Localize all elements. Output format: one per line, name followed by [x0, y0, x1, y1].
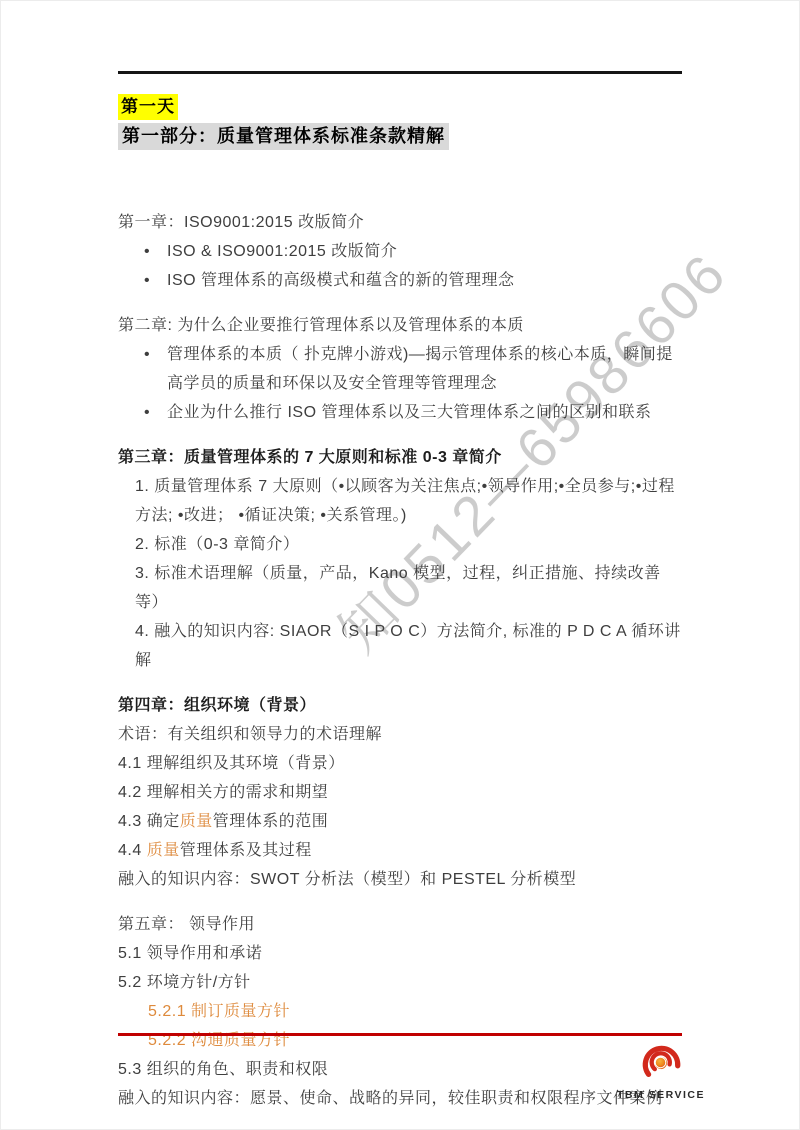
section-gap: [118, 427, 684, 443]
chapter-4-knowledge: 融入的知识内容：SWOT 分析法（模型）和 PESTEL 分析模型: [118, 865, 684, 894]
chapter-4-terms: 术语：有关组织和领导力的术语理解: [118, 720, 684, 749]
bullet-icon: •: [144, 237, 150, 266]
text-segment: 5.2 环境方针/方针: [118, 974, 251, 991]
logo-text: TBM SERVICE: [615, 1089, 707, 1101]
text-segment: 4. 融入的知识内容: SIAOR（S I P O C）方法简介, 标准的 P …: [135, 623, 681, 669]
chapter-3-item-4: 4. 融入的知识内容: SIAOR（S I P O C）方法简介, 标准的 P …: [118, 617, 684, 675]
text-segment: 管理体系及其过程: [180, 842, 312, 859]
bullet-icon: •: [144, 266, 150, 295]
chapter-5-item-5-1: 5.1 领导作用和承诺: [118, 939, 684, 968]
footer-divider-line: [118, 1033, 682, 1036]
document-body: 第一章：ISO9001:2015 改版简介•ISO & ISO9001:2015…: [118, 178, 684, 1113]
chapter-5-item-5-2-2: 5.2.2 沟通质量方针: [118, 1026, 684, 1055]
text-segment: 第一章：ISO9001:2015 改版简介: [118, 214, 364, 231]
day-heading: 第一天: [118, 94, 178, 120]
company-logo: TBM SERVICE: [615, 1041, 707, 1101]
chapter-3-item-1: 1. 质量管理体系 7 大原则（•以顾客为关注焦点;•领导作用;•全员参与;•过…: [118, 472, 684, 530]
bullet-icon: •: [144, 340, 150, 369]
top-divider-line: [118, 71, 682, 74]
chapter-5-item-5-2-1: 5.2.1 制订质量方针: [118, 997, 684, 1026]
text-segment: 4.1 理解组织及其环境（背景）: [118, 755, 345, 772]
highlighted-term: 质量: [147, 842, 180, 859]
highlighted-term: 质量: [180, 813, 213, 830]
section-gap: [118, 894, 684, 910]
text-segment: 2. 标准（0-3 章简介）: [135, 536, 299, 553]
section-gap: [118, 675, 684, 691]
text-segment: 管理体系的范围: [213, 813, 329, 830]
chapter-5-knowledge: 融入的知识内容：愿景、使命、战略的异同，较佳职责和权限程序文件案例: [118, 1084, 684, 1113]
document-page: 知0512—65986606 第一天 第一部分：质量管理体系标准条款精解 第一章…: [0, 0, 800, 1130]
text-segment: 术语：有关组织和领导力的术语理解: [118, 726, 382, 743]
text-segment: 第四章：组织环境（背景）: [118, 697, 316, 714]
chapter-1-bullet-1: •ISO & ISO9001:2015 改版简介: [118, 237, 684, 266]
chapter-4-item-4-2: 4.2 理解相关方的需求和期望: [118, 778, 684, 807]
chapter-2-heading: 第二章: 为什么企业要推行管理体系以及管理体系的本质: [118, 311, 684, 340]
bullet-icon: •: [144, 398, 150, 427]
text-segment: 4.3 确定: [118, 813, 180, 830]
text-segment: 第二章: 为什么企业要推行管理体系以及管理体系的本质: [118, 317, 524, 334]
text-segment: 5.3 组织的角色、职责和权限: [118, 1061, 328, 1078]
chapter-5-item-5-3: 5.3 组织的角色、职责和权限: [118, 1055, 684, 1084]
text-segment: 第三章：质量管理体系的 7 大原则和标准 0-3 章简介: [118, 449, 502, 466]
chapter-4-item-4-3: 4.3 确定质量管理体系的范围: [118, 807, 684, 836]
section-gap: [118, 178, 684, 208]
text-segment: ISO 管理体系的高级模式和蕴含的新的管理理念: [167, 272, 515, 289]
phoenix-swirl-icon: [640, 1070, 682, 1087]
highlighted-term: 5.2.1 制订质量方针: [148, 1003, 290, 1020]
text-segment: 企业为什么推行 ISO 管理体系以及三大管理体系之间的区别和联系: [167, 404, 651, 421]
text-segment: 3. 标准术语理解（质量，产品，Kano 模型，过程，纠正措施、持续改善等）: [135, 565, 661, 611]
chapter-2-bullet-2: •企业为什么推行 ISO 管理体系以及三大管理体系之间的区别和联系: [118, 398, 684, 427]
chapter-4-item-4-1: 4.1 理解组织及其环境（背景）: [118, 749, 684, 778]
text-segment: 第五章： 领导作用: [118, 916, 255, 933]
document-content: 第一天 第一部分：质量管理体系标准条款精解 第一章：ISO9001:2015 改…: [118, 94, 684, 1113]
chapter-3-item-3: 3. 标准术语理解（质量，产品，Kano 模型，过程，纠正措施、持续改善等）: [118, 559, 684, 617]
text-segment: 管理体系的本质（ 扑克牌小游戏)—揭示管理体系的核心本质，瞬间提高学员的质量和环…: [167, 346, 673, 392]
text-segment: 融入的知识内容：愿景、使命、战略的异同，较佳职责和权限程序文件案例: [118, 1090, 663, 1107]
chapter-5-heading: 第五章： 领导作用: [118, 910, 684, 939]
chapter-4-item-4-4: 4.4 质量管理体系及其过程: [118, 836, 684, 865]
chapter-1-heading: 第一章：ISO9001:2015 改版简介: [118, 208, 684, 237]
chapter-3-heading: 第三章：质量管理体系的 7 大原则和标准 0-3 章简介: [118, 443, 684, 472]
chapter-5-item-5-2: 5.2 环境方针/方针: [118, 968, 684, 997]
text-segment: 融入的知识内容：SWOT 分析法（模型）和 PESTEL 分析模型: [118, 871, 576, 888]
chapter-3-item-2: 2. 标准（0-3 章简介）: [118, 530, 684, 559]
section-gap: [118, 295, 684, 311]
chapter-2-bullet-1: •管理体系的本质（ 扑克牌小游戏)—揭示管理体系的核心本质，瞬间提高学员的质量和…: [118, 340, 684, 398]
chapter-4-heading: 第四章：组织环境（背景）: [118, 691, 684, 720]
text-segment: ISO & ISO9001:2015 改版简介: [167, 243, 397, 260]
chapter-1-bullet-2: •ISO 管理体系的高级模式和蕴含的新的管理理念: [118, 266, 684, 295]
text-segment: 1. 质量管理体系 7 大原则（•以顾客为关注焦点;•领导作用;•全员参与;•过…: [135, 478, 675, 524]
text-segment: 4.2 理解相关方的需求和期望: [118, 784, 328, 801]
part-heading: 第一部分：质量管理体系标准条款精解: [118, 123, 449, 150]
text-segment: 4.4: [118, 842, 147, 859]
text-segment: 5.1 领导作用和承诺: [118, 945, 262, 962]
